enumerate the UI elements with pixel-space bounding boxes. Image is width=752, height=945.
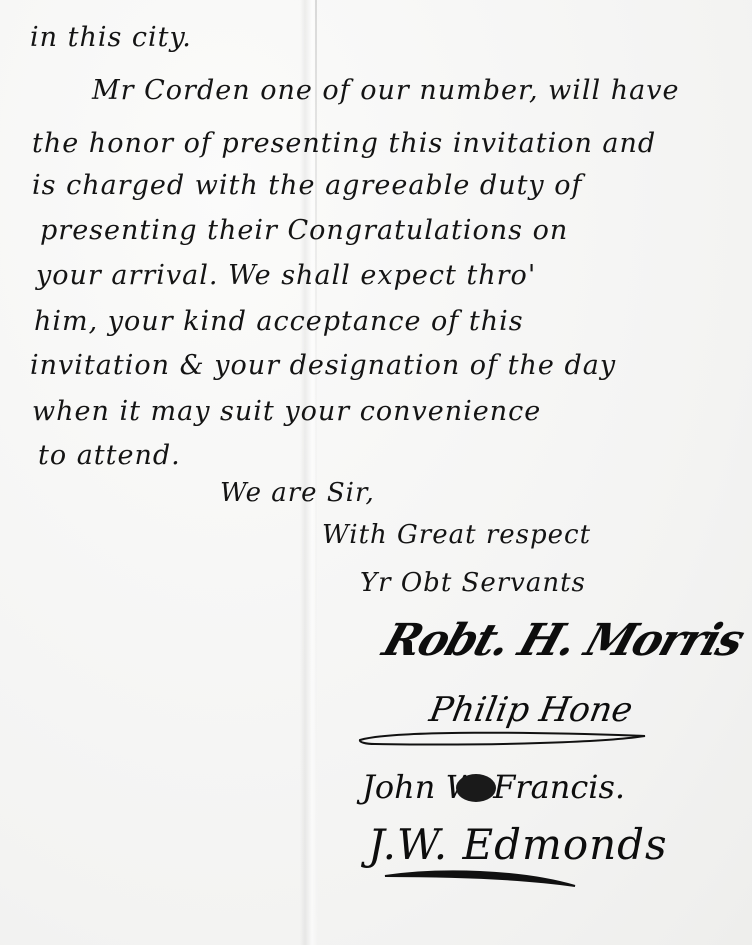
body-line: in this city. (30, 22, 192, 53)
closing-respect: With Great respect (322, 520, 591, 550)
signature-hone: Philip Hone (426, 690, 635, 730)
closing-servants: Yr Obt Servants (360, 568, 586, 598)
body-line: to attend. (38, 440, 181, 471)
body-line: your arrival. We shall expect thro' (36, 260, 536, 291)
body-line: Mr Corden one of our number, will have (92, 75, 679, 106)
ink-blot (452, 770, 502, 806)
body-line: presenting their Congratulations on (40, 215, 568, 246)
signature-edmonds: J.W. Edmonds (368, 820, 668, 869)
body-line: invitation & your designation of the day (30, 350, 616, 381)
body-line: the honor of presenting this invitation … (32, 128, 656, 159)
signature-edmonds-flourish (380, 868, 580, 892)
body-line: is charged with the agreeable duty of (32, 170, 583, 201)
signature-morris: Robt. H. Morris (377, 615, 749, 666)
body-line: him, your kind acceptance of this (34, 306, 524, 337)
signature-underline-flourish (355, 728, 655, 758)
body-line: when it may suit your convenience (32, 396, 541, 427)
closing-salutation: We are Sir, (220, 478, 375, 508)
